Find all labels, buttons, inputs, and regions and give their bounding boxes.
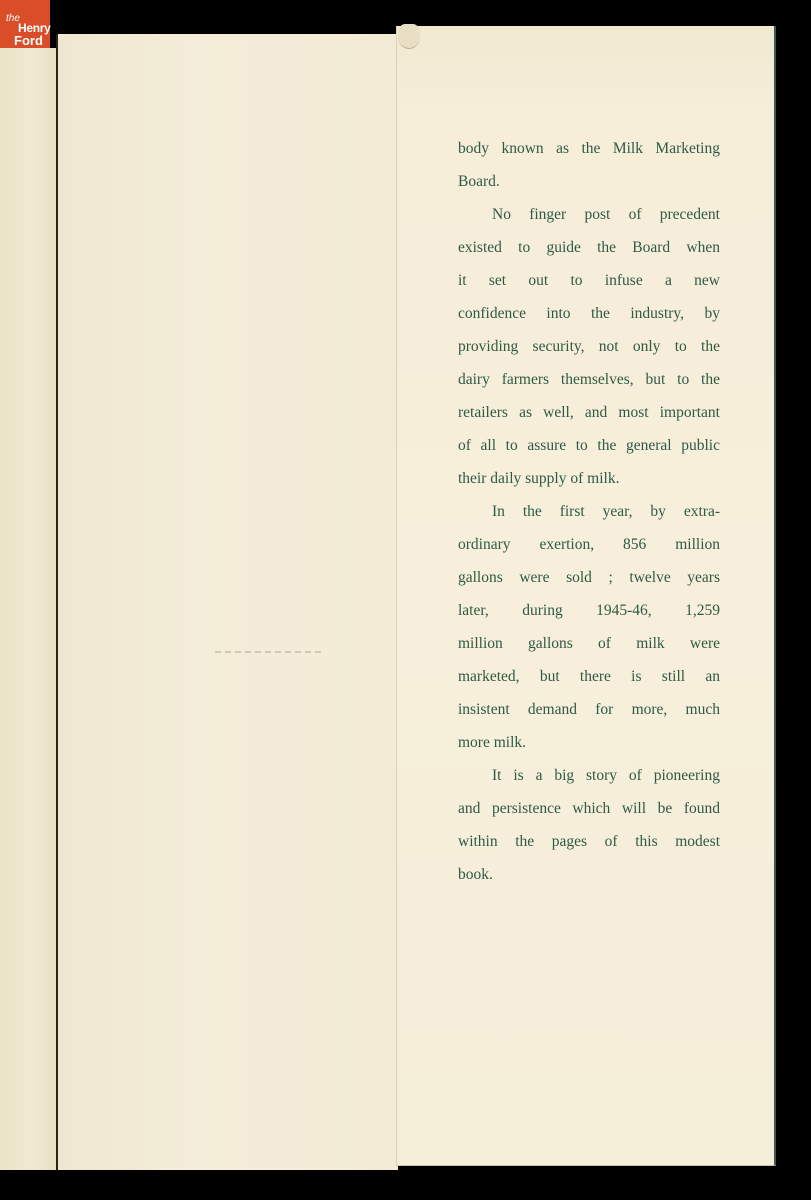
scanned-book-jacket: the Henry Ford body known as the Milk Ma…	[0, 0, 811, 1200]
flap-text-line: It is a big story of pioneering	[458, 767, 720, 787]
flap-text-line: existed to guide the Board when	[458, 239, 720, 259]
henry-ford-logo: the Henry Ford	[0, 0, 50, 50]
flap-text-line: ordinary exertion, 856 million	[458, 536, 720, 556]
flap-text-line: book.	[458, 866, 720, 886]
jacket-spine-strip	[0, 48, 57, 1170]
paper-smudge	[215, 651, 325, 653]
jacket-inner-flap	[396, 26, 776, 1166]
flap-text-line: million gallons of milk were	[458, 635, 720, 655]
logo-ford: Ford	[14, 34, 43, 47]
flap-text-line: their daily supply of milk.	[458, 470, 720, 490]
flap-text-line: it set out to infuse a new	[458, 272, 720, 292]
flap-text-line: providing security, not only to the	[458, 338, 720, 358]
flap-text-line: No finger post of precedent	[458, 206, 720, 226]
flap-text-line: gallons were sold ; twelve years	[458, 569, 720, 589]
flap-text-line: marketed, but there is still an	[458, 668, 720, 688]
flap-text-line: insistent demand for more, much	[458, 701, 720, 721]
flap-text-line: body known as the Milk Marketing	[458, 140, 720, 160]
flap-text-line: more milk.	[458, 734, 720, 754]
flap-text-line: dairy farmers themselves, but to the	[458, 371, 720, 391]
folded-corner	[398, 24, 420, 49]
flap-text-line: confidence into the industry, by	[458, 305, 720, 325]
flap-text-line: of all to assure to the general public	[458, 437, 720, 457]
jacket-back-page	[56, 34, 398, 1170]
flap-text-line: within the pages of this modest	[458, 833, 720, 853]
flap-text-line: Board.	[458, 173, 720, 193]
flap-text-line: In the first year, by extra-	[458, 503, 720, 523]
flap-text-line: later, during 1945-46, 1,259	[458, 602, 720, 622]
flap-text-line: retailers as well, and most important	[458, 404, 720, 424]
flap-text-line: and persistence which will be found	[458, 800, 720, 820]
